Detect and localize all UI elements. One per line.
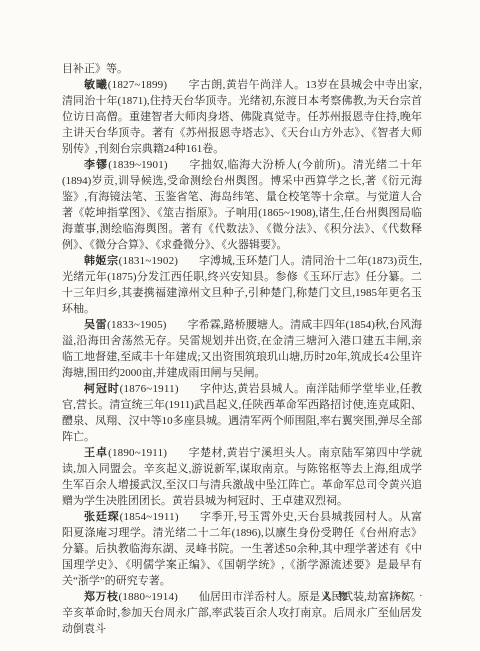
person-dates: (1839~1901)	[108, 159, 167, 171]
person-dates: (1876~1911)	[120, 383, 179, 395]
biography-entry: 吴雷(1833~1905)字希霖,路桥腰塘人。清咸丰四年(1854)秋,台风海溢…	[62, 317, 422, 381]
biography-entry: 敏曦(1827~1899)字古朗,黄岩午尚洋人。13岁在县城会中寺出家,清同治十…	[62, 77, 422, 157]
person-dates: (1890~1911)	[108, 447, 167, 459]
person-name: 柯冠时	[84, 383, 120, 395]
person-dates: (1880~1914)	[119, 591, 178, 603]
person-dates: (1833~1905)	[107, 319, 166, 331]
person-name: 王卓	[84, 447, 108, 459]
page-footer: 人物 · 1667 ·	[322, 589, 424, 602]
person-bio: 字拙奴,临海大汾桥人(今前所)。清光绪二十年(1894)岁贡,训导候选,受命测绘…	[62, 159, 422, 251]
person-name: 韩姬宗	[84, 255, 119, 267]
person-dates: (1827~1899)	[108, 79, 167, 91]
person-name: 郑万枝	[84, 591, 119, 603]
person-name: 李镠	[84, 159, 108, 171]
biography-entry: 李镠(1839~1901)字拙奴,临海大汾桥人(今前所)。清光绪二十年(1894…	[62, 157, 422, 253]
biography-entry: 王卓(1890~1911)字楚材,黄岩宁溪坦头人。南京陆军第四中学就读,加入同盟…	[62, 445, 422, 509]
text-block: 目补正》等。 敏曦(1827~1899)字古朗,黄岩午尚洋人。13岁在县城会中寺…	[62, 61, 422, 637]
continuation-line: 目补正》等。	[62, 61, 422, 77]
biography-entry: 韩姬宗(1831~1902)字溥城,玉环楚门人。清同治十二年(1873)贡生,光…	[62, 253, 422, 317]
person-dates: (1831~1902)	[119, 255, 178, 267]
person-name: 敏曦	[84, 79, 108, 91]
biography-entry: 张廷琛(1854~1911)字季开,号玉霄外史,天台县城莪园村人。从富阳夏涤庵习…	[62, 509, 422, 589]
biography-entry: 柯冠时(1876~1911)字仲达,黄岩县城人。南洋陆师学堂毕业,任教官,营长。…	[62, 381, 422, 445]
page-number: · 1667 ·	[380, 591, 424, 602]
section-title: 人物	[322, 589, 354, 602]
person-name: 张廷琛	[84, 511, 120, 523]
book-page: 目补正》等。 敏曦(1827~1899)字古朗,黄岩午尚洋人。13岁在县城会中寺…	[0, 0, 480, 651]
person-dates: (1854~1911)	[120, 511, 179, 523]
person-name: 吴雷	[84, 319, 107, 331]
